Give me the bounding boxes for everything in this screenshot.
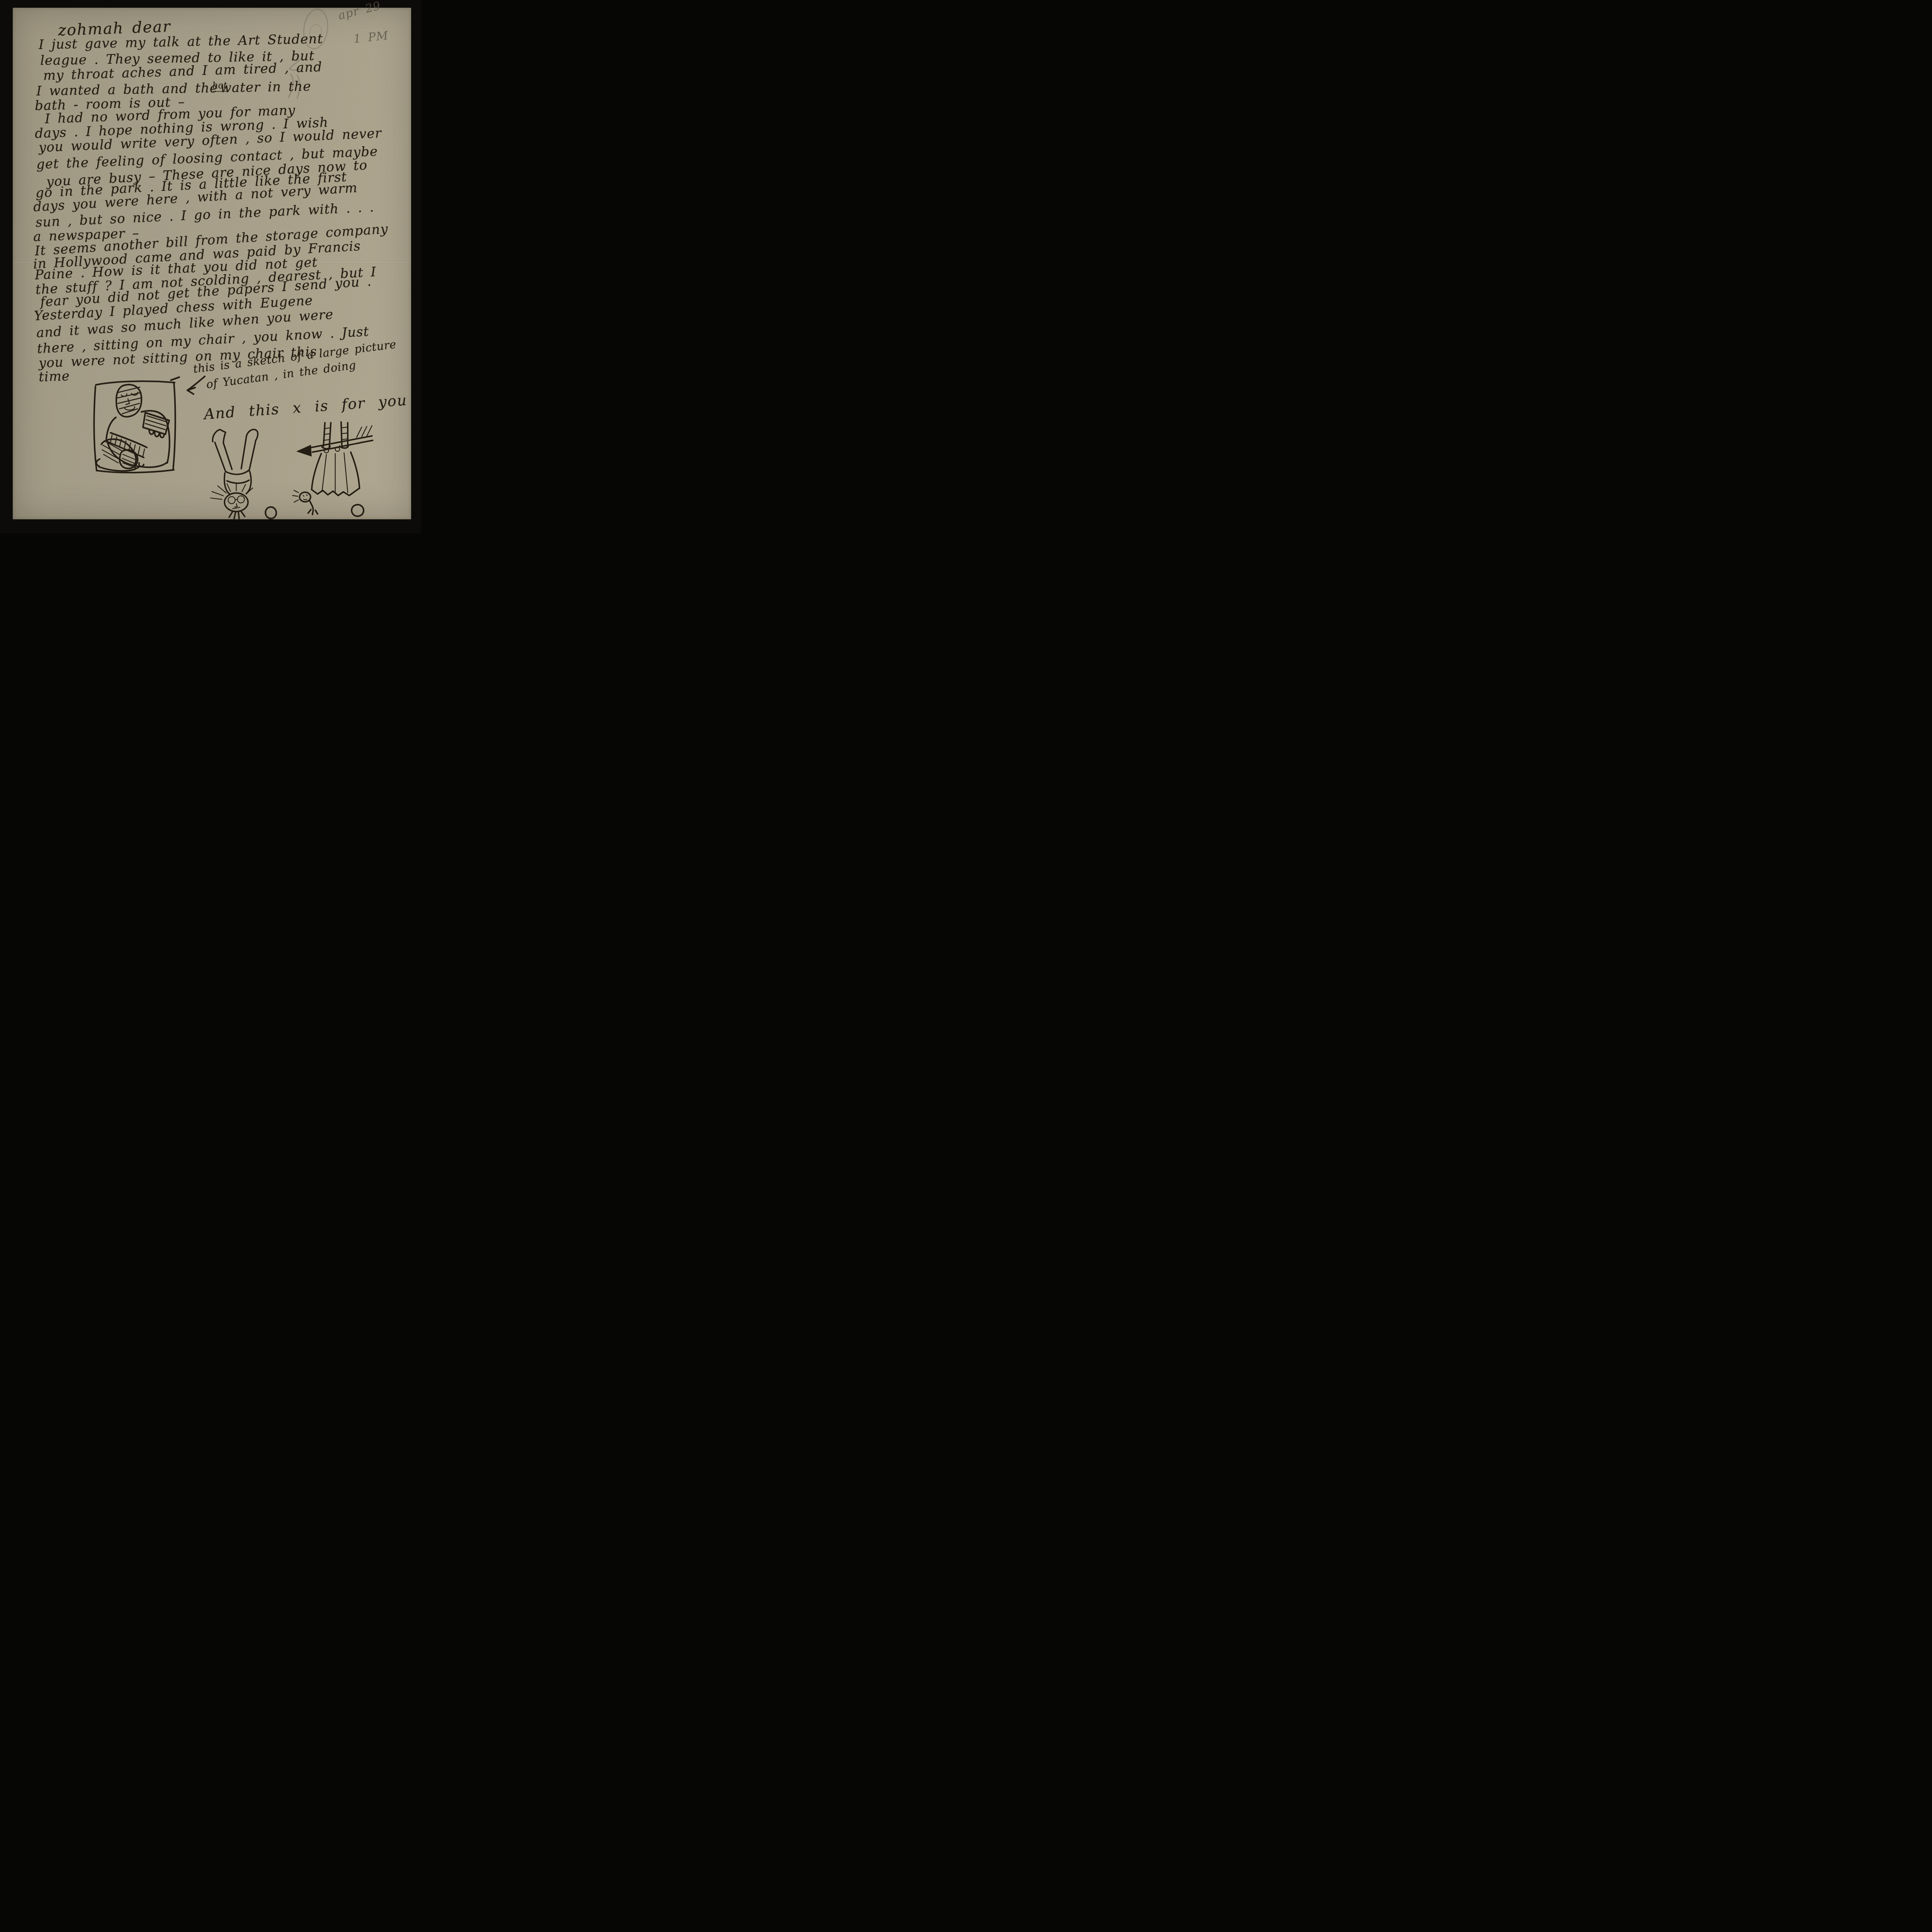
closing-note: And this x is for you (203, 391, 408, 423)
letter-page: apr 29 1 PM zohmah dear I just gave my t… (13, 8, 411, 519)
small-o-mark (264, 505, 278, 520)
upside-down-woman-with-arrow-sketch (288, 422, 376, 514)
pointer-arrow-icon (182, 374, 206, 396)
upside-down-man-sketch (208, 427, 264, 520)
pencil-date-note: apr 29 (337, 0, 382, 22)
letter-line: time (38, 368, 70, 385)
scanned-letter-screenshot: apr 29 1 PM zohmah dear I just gave my t… (0, 0, 421, 533)
yucatan-picture-sketch (88, 376, 179, 477)
inserted-word: hot (212, 80, 227, 92)
line-post: water in the (220, 79, 311, 96)
pencil-time-note: 1 PM (353, 29, 389, 46)
